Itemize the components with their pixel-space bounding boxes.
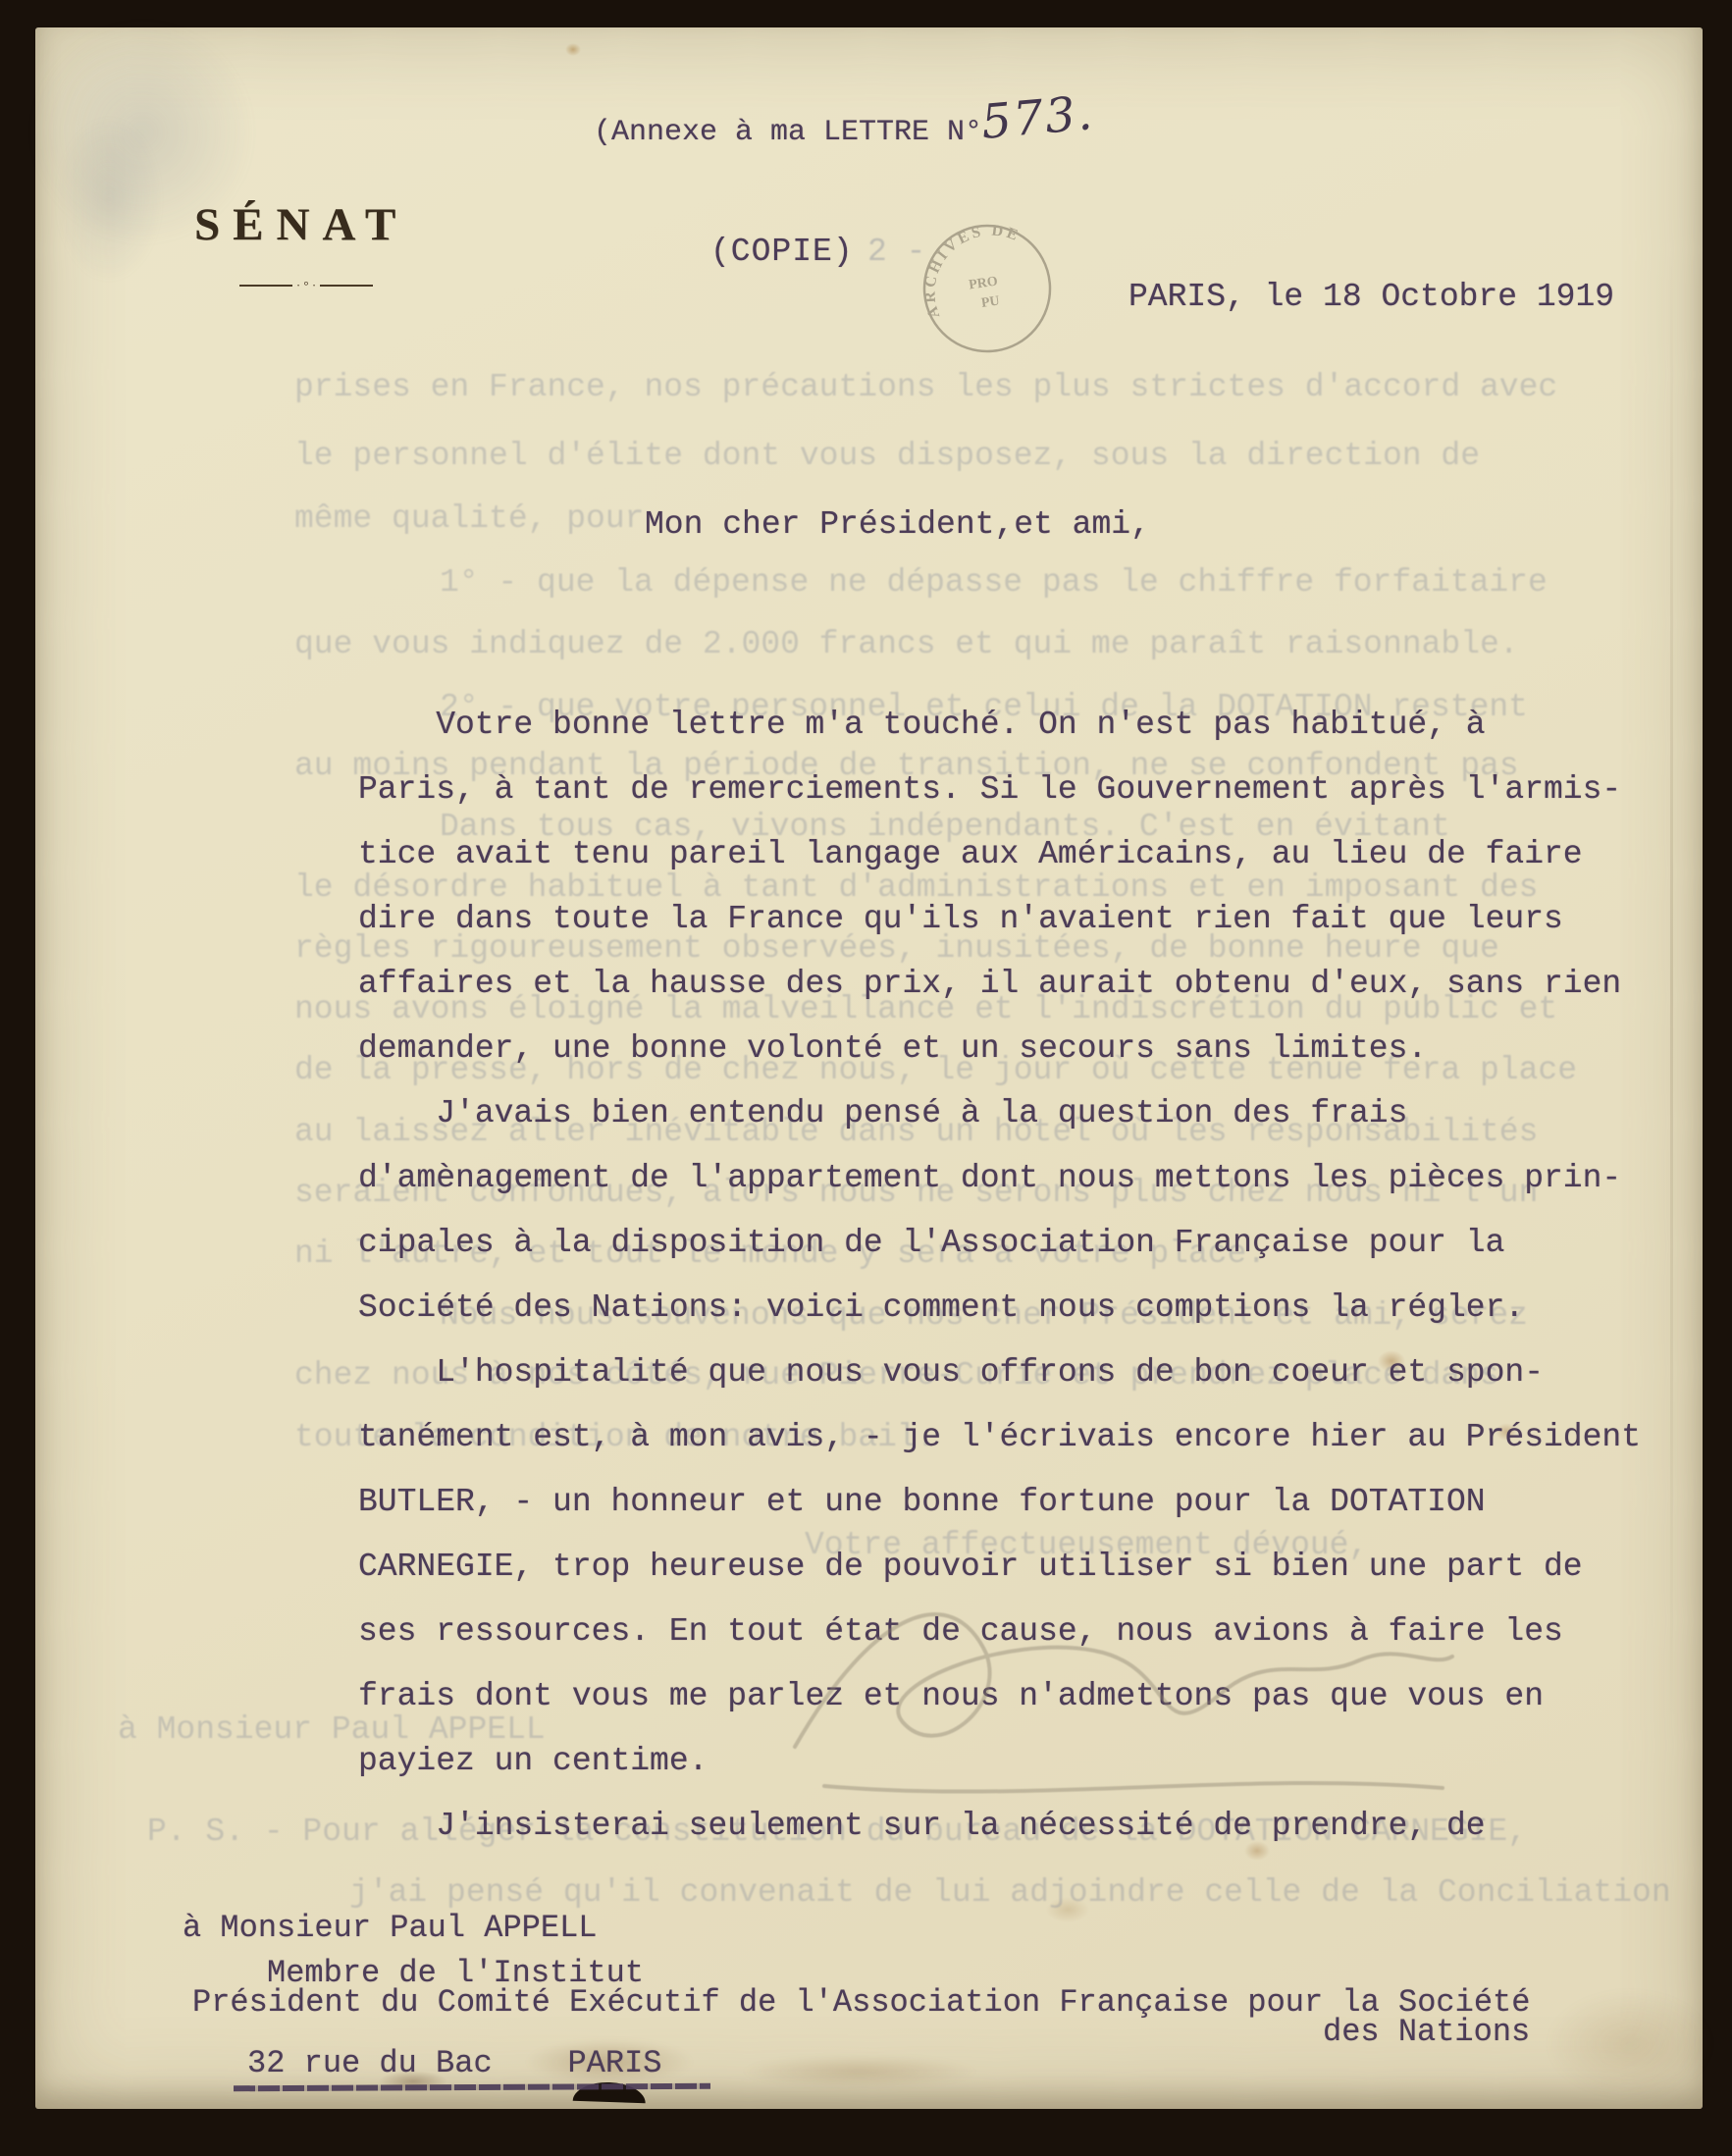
bleedthrough-line: j'ai pensé qu'il convenait de lui adjoin… xyxy=(349,1874,1671,1911)
stamp-inner-text: PRO xyxy=(968,275,998,293)
archives-stamp-icon: ARCHIVES DE PRO PU xyxy=(905,206,1070,371)
body-line: J'avais bien entendu pensé à la question… xyxy=(358,1081,1641,1146)
body-line: dire dans toute la France qu'ils n'avaie… xyxy=(358,887,1641,952)
salutation: Mon cher Président,et ami, xyxy=(645,506,1150,543)
date-line: PARIS, le 18 Octobre 1919 xyxy=(1128,279,1614,315)
paper-stain xyxy=(742,2055,977,2088)
body-line: d'amènagement de l'appartement dont nous… xyxy=(358,1146,1641,1211)
body-line: tice avait tenu pareil langage aux Améri… xyxy=(358,822,1641,887)
paper-stain xyxy=(565,43,581,56)
copy-label: (COPIE) xyxy=(710,234,854,270)
bleedthrough-line: le personnel d'élite dont vous disposez,… xyxy=(294,438,1480,474)
body-line: BUTLER, - un honneur et une bonne fortun… xyxy=(358,1470,1641,1535)
body-line: affaires et la hausse des prix, il aurai… xyxy=(358,952,1641,1017)
stamp-arc-text: ARCHIVES DE xyxy=(905,206,1026,333)
bleedthrough-line: que vous indiquez de 2.000 francs et qui… xyxy=(294,626,1519,662)
letterhead-ornament: · ° · xyxy=(239,279,373,291)
body-line: demander, une bonne volonté et un secour… xyxy=(358,1017,1641,1081)
paper-smudge xyxy=(55,116,163,283)
bleedthrough-line: prises en France, nos précautions les pl… xyxy=(294,369,1557,405)
recipient-name: à Monsieur Paul APPELL xyxy=(183,1910,597,1946)
body-line: Paris, à tant de remerciements. Si le Go… xyxy=(358,758,1641,822)
body-line: L'hospitalité que nous vous offrons de b… xyxy=(358,1341,1641,1405)
scanned-letter: (Annexe à ma LETTRE N° 573. SÉNAT · ° · … xyxy=(0,0,1732,2156)
recipient-address: 32 rue du Bac PARIS xyxy=(247,2045,661,2081)
paper-crease xyxy=(1670,253,1673,1725)
stamp-inner-text: PU xyxy=(980,293,1001,310)
annex-note: (Annexe à ma LETTRE N° xyxy=(594,116,982,149)
letterhead-senat: SÉNAT xyxy=(194,198,408,251)
body-line: Société des Nations: voici comment nous … xyxy=(358,1276,1641,1341)
pencil-signature xyxy=(756,1541,1482,1835)
svg-text:ARCHIVES DE: ARCHIVES DE xyxy=(905,206,1026,333)
paper-stain xyxy=(1547,1990,1713,2098)
bleedthrough-line: 1° - que la dépense ne dépasse pas le ch… xyxy=(440,564,1548,601)
body-line: tanément est, à mon avis, - je l'écrivai… xyxy=(358,1405,1641,1470)
signature-stroke xyxy=(795,1614,1452,1792)
ornament-dot-icon: · ° · xyxy=(296,279,316,291)
bleedthrough-line: même qualité, pour xyxy=(294,500,644,537)
body-line: cipales à la disposition de l'Associatio… xyxy=(358,1211,1641,1276)
body-line: Votre bonne lettre m'a touché. On n'est … xyxy=(358,693,1641,758)
ornament-rule-left xyxy=(239,285,292,287)
recipient-title-2-cont: des Nations xyxy=(1323,2014,1530,2050)
ornament-rule-right xyxy=(320,285,373,287)
annex-number-handwritten: 573. xyxy=(979,85,1096,150)
